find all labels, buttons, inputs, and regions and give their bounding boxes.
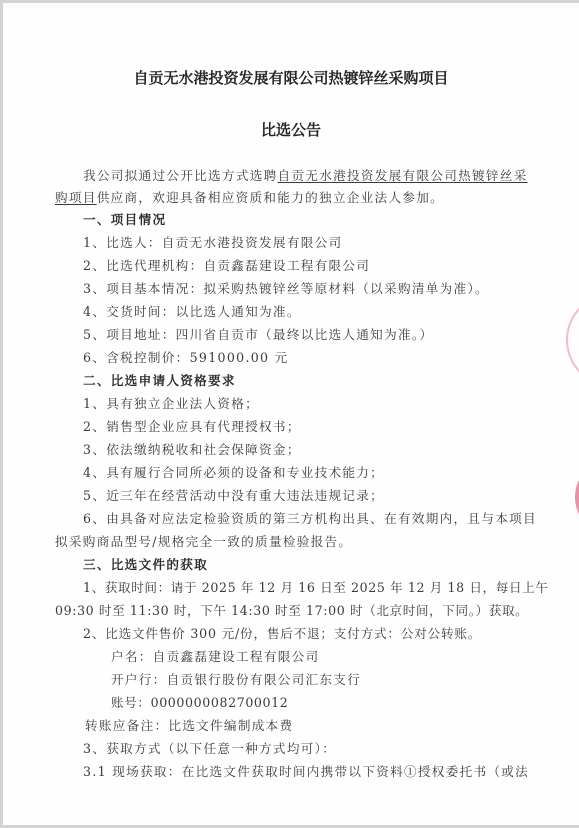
- section-heading: 一、项目情况: [83, 209, 166, 228]
- list-item: 1、比选人：自贡无水港投资发展有限公司: [83, 232, 342, 251]
- list-item: 6、含税控制价：591000.00 元: [83, 347, 289, 366]
- document-title: 自贡无水港投资发展有限公司热镀锌丝采购项目: [3, 67, 579, 88]
- section-heading: 三、比选文件的获取: [83, 554, 208, 573]
- section-heading: 二、比选申请人资格要求: [83, 370, 236, 389]
- document-subtitle: 比选公告: [3, 119, 579, 140]
- list-item-continuation: 拟采购商品型号/规格完全一致的质量检验报告。: [55, 531, 352, 550]
- list-item: 2、比选代理机构：自贡鑫磊建设工程有限公司: [83, 255, 370, 274]
- list-item: 6、由具备对应法定检验资质的第三方机构出具、在有效期内，且与本项目: [83, 508, 537, 527]
- intro-line-2: 购项目供应商，欢迎具备相应资质和能力的独立企业法人参加。: [55, 187, 444, 206]
- bank-name: 开户行：自贡银行股份有限公司汇东支行: [111, 669, 361, 688]
- seal-stamp: [575, 458, 579, 536]
- project-name-underlined: 自贡无水港投资发展有限公司热镀锌丝采: [278, 168, 528, 183]
- list-item: 5、项目地址：四川省自贡市（最终以比选人通知为准。）: [83, 324, 433, 343]
- list-item: 3.1 现场获取：在比选文件获取时间内携带以下资料①授权委托书（或法: [83, 761, 529, 780]
- document-page: 自贡无水港投资发展有限公司热镀锌丝采购项目 比选公告 我公司拟通过公开比选方式选…: [3, 3, 579, 825]
- account-number: 账号：0000000082700012: [111, 692, 288, 711]
- list-item: 3、获取方式（以下任意一种方式均可）：: [83, 738, 336, 757]
- list-item: 1、具有独立企业法人资格；: [83, 393, 259, 412]
- list-item-continuation: 09:30 时至 11:30 时，下午 14:30 时至 17:00 时（北京时…: [55, 600, 528, 619]
- list-item: 4、具有履行合同所必须的设备和专业技术能力；: [83, 462, 384, 481]
- seal-stamp: [566, 293, 579, 387]
- intro-line-1: 我公司拟通过公开比选方式选聘自贡无水港投资发展有限公司热镀锌丝采: [83, 165, 528, 184]
- list-item: 3、项目基本情况：拟采购热镀锌丝等原材料（以采购清单为准）。: [83, 278, 489, 297]
- list-item: 3、依法缴纳税收和社会保障资金；: [83, 439, 301, 458]
- list-item: 5、近三年在经营活动中没有重大违法违规记录；: [83, 485, 384, 504]
- list-item: 2、销售型企业应具有代理授权书；: [83, 416, 301, 435]
- transfer-note: 转账应备注：比选文件编制成本费: [85, 715, 293, 734]
- list-item: 4、交货时间：以比选人通知为准。: [83, 301, 301, 320]
- account-name: 户名：自贡鑫磊建设工程有限公司: [111, 646, 319, 665]
- list-item: 2、比选文件售价 300 元/份，售后不退；支付方式：公对公转账。: [83, 623, 481, 642]
- list-item: 1、获取时间：请于 2025 年 12 月 16 日至 2025 年 12 月 …: [83, 577, 549, 596]
